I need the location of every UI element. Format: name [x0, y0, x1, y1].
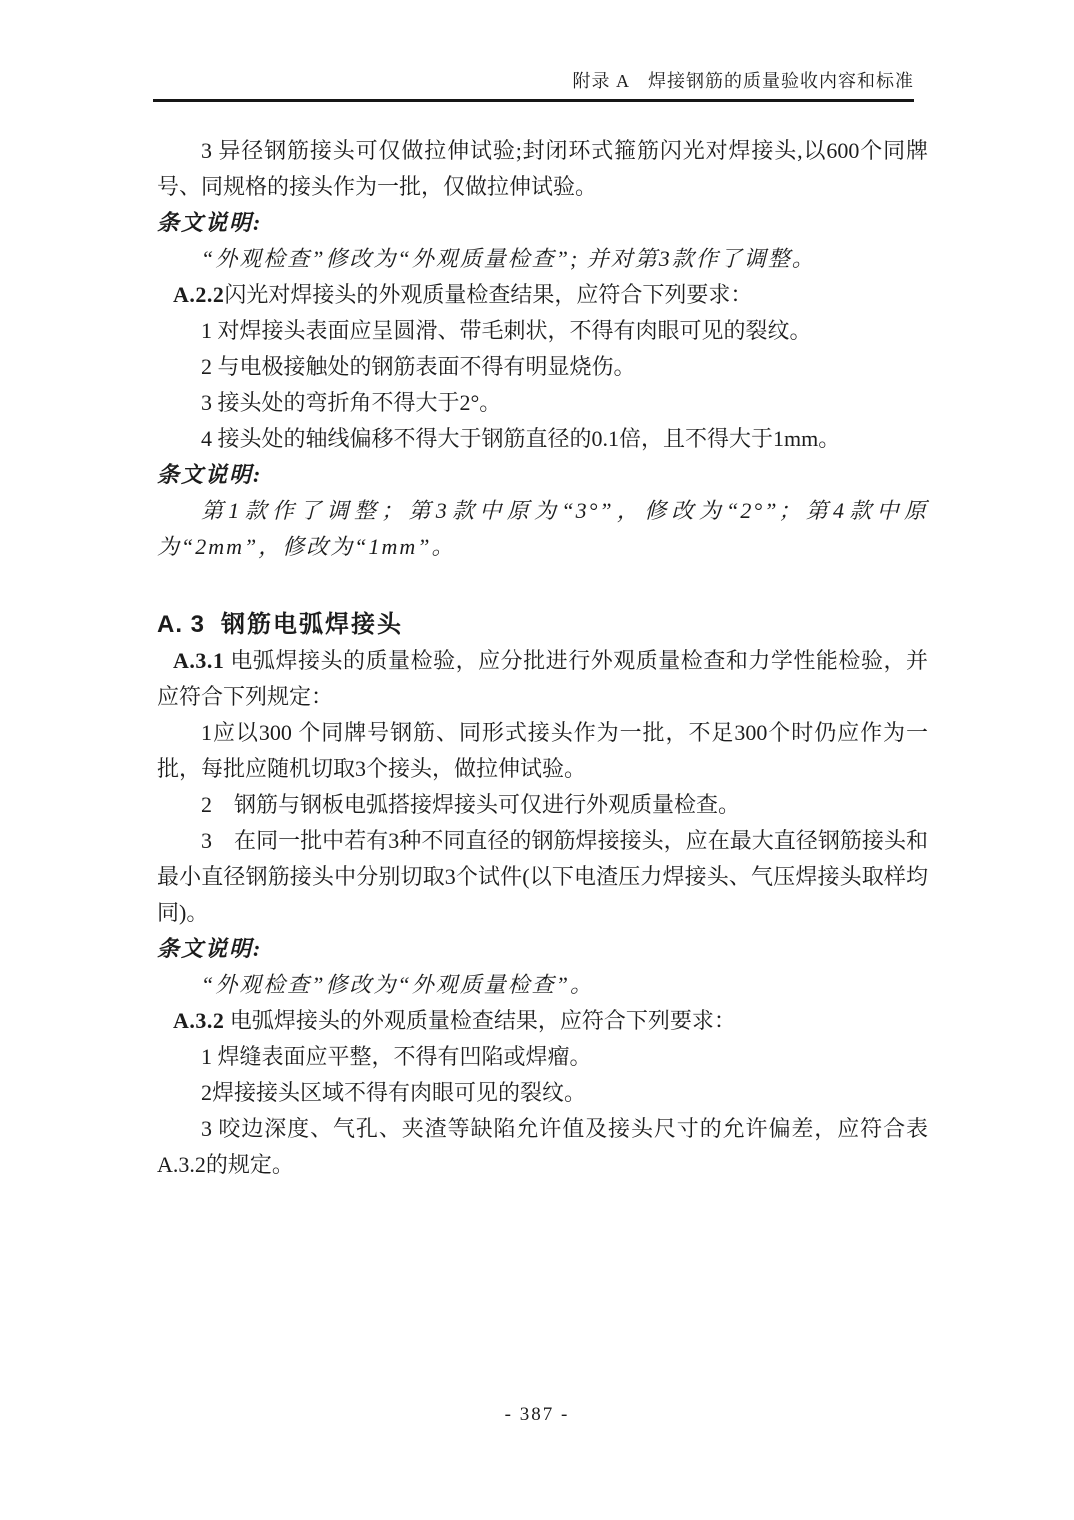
list-item: 2焊接接头区域不得有肉眼可见的裂纹。: [157, 1075, 928, 1111]
list-item: 3 咬边深度、气孔、夹渣等缺陷允许值及接头尺寸的允许偏差，应符合表A.3.2的规…: [157, 1111, 928, 1183]
clause-text: 电弧焊接头的外观质量检查结果，应符合下列要求：: [224, 1008, 736, 1033]
commentary-label: 条文说明:: [157, 205, 928, 241]
clause-text: 闪光对焊接头的外观质量检查结果，应符合下列要求：: [224, 282, 752, 307]
section-title: 钢筋电弧焊接头: [221, 611, 403, 638]
list-item: 2 钢筋与钢板电弧搭接焊接头可仅进行外观质量检查。: [157, 787, 928, 823]
document-body: 3 异径钢筋接头可仅做拉伸试验;封闭环式箍筋闪光对焊接头,以600个同牌号、同规…: [157, 133, 928, 1183]
commentary-text: “外观检查”修改为“外观质量检查”; 并对第3款作了调整。: [157, 241, 928, 277]
clause-number: A.3.2: [173, 1008, 224, 1033]
clause-a32: A.3.2 电弧焊接头的外观质量检查结果，应符合下列要求：: [157, 1003, 928, 1039]
list-item: 1应以300 个同牌号钢筋、同形式接头作为一批，不足300个时仍应作为一批，每批…: [157, 715, 928, 787]
running-header: 附录 A 焊接钢筋的质量验收内容和标准: [153, 70, 914, 102]
list-item: 1 对焊接头表面应呈圆滑、带毛刺状，不得有肉眼可见的裂纹。: [157, 313, 928, 349]
list-item: 3 接头处的弯折角不得大于2°。: [157, 385, 928, 421]
commentary-label: 条文说明:: [157, 457, 928, 493]
clause-a31: A.3.1 电弧焊接头的质量检验，应分批进行外观质量检查和力学性能检验，并应符合…: [157, 643, 928, 715]
commentary-label: 条文说明:: [157, 931, 928, 967]
commentary-text: “外观检查”修改为“外观质量检查”。: [157, 967, 928, 1003]
commentary-text: 第1款作了调整；第3款中原为“3°”，修改为“2°”；第4款中原为“2mm”，修…: [157, 493, 928, 565]
clause-number: A.2.2: [173, 282, 224, 307]
clause-a21-item3: 3 异径钢筋接头可仅做拉伸试验;封闭环式箍筋闪光对焊接头,以600个同牌号、同规…: [157, 133, 928, 205]
list-item: 3 在同一批中若有3种不同直径的钢筋焊接接头，应在最大直径钢筋接头和最小直径钢筋…: [157, 823, 928, 931]
clause-number: A.3.1: [173, 648, 224, 673]
clause-text: 电弧焊接头的质量检验，应分批进行外观质量检查和力学性能检验，并应符合下列规定：: [157, 648, 928, 709]
section-number: A. 3: [157, 611, 205, 638]
section-heading-a3: A. 3钢筋电弧焊接头: [157, 607, 928, 643]
list-item: 4 接头处的轴线偏移不得大于钢筋直径的0.1倍，且不得大于1mm。: [157, 421, 928, 457]
clause-a22: A.2.2闪光对焊接头的外观质量检查结果，应符合下列要求：: [157, 277, 928, 313]
page-footer: - 387 -: [0, 1402, 1074, 1428]
list-item: 1 焊缝表面应平整，不得有凹陷或焊瘤。: [157, 1039, 928, 1075]
header-title: 附录 A 焊接钢筋的质量验收内容和标准: [572, 71, 914, 91]
list-item: 2 与电极接触处的钢筋表面不得有明显烧伤。: [157, 349, 928, 385]
page-number: - 387 -: [505, 1404, 570, 1425]
